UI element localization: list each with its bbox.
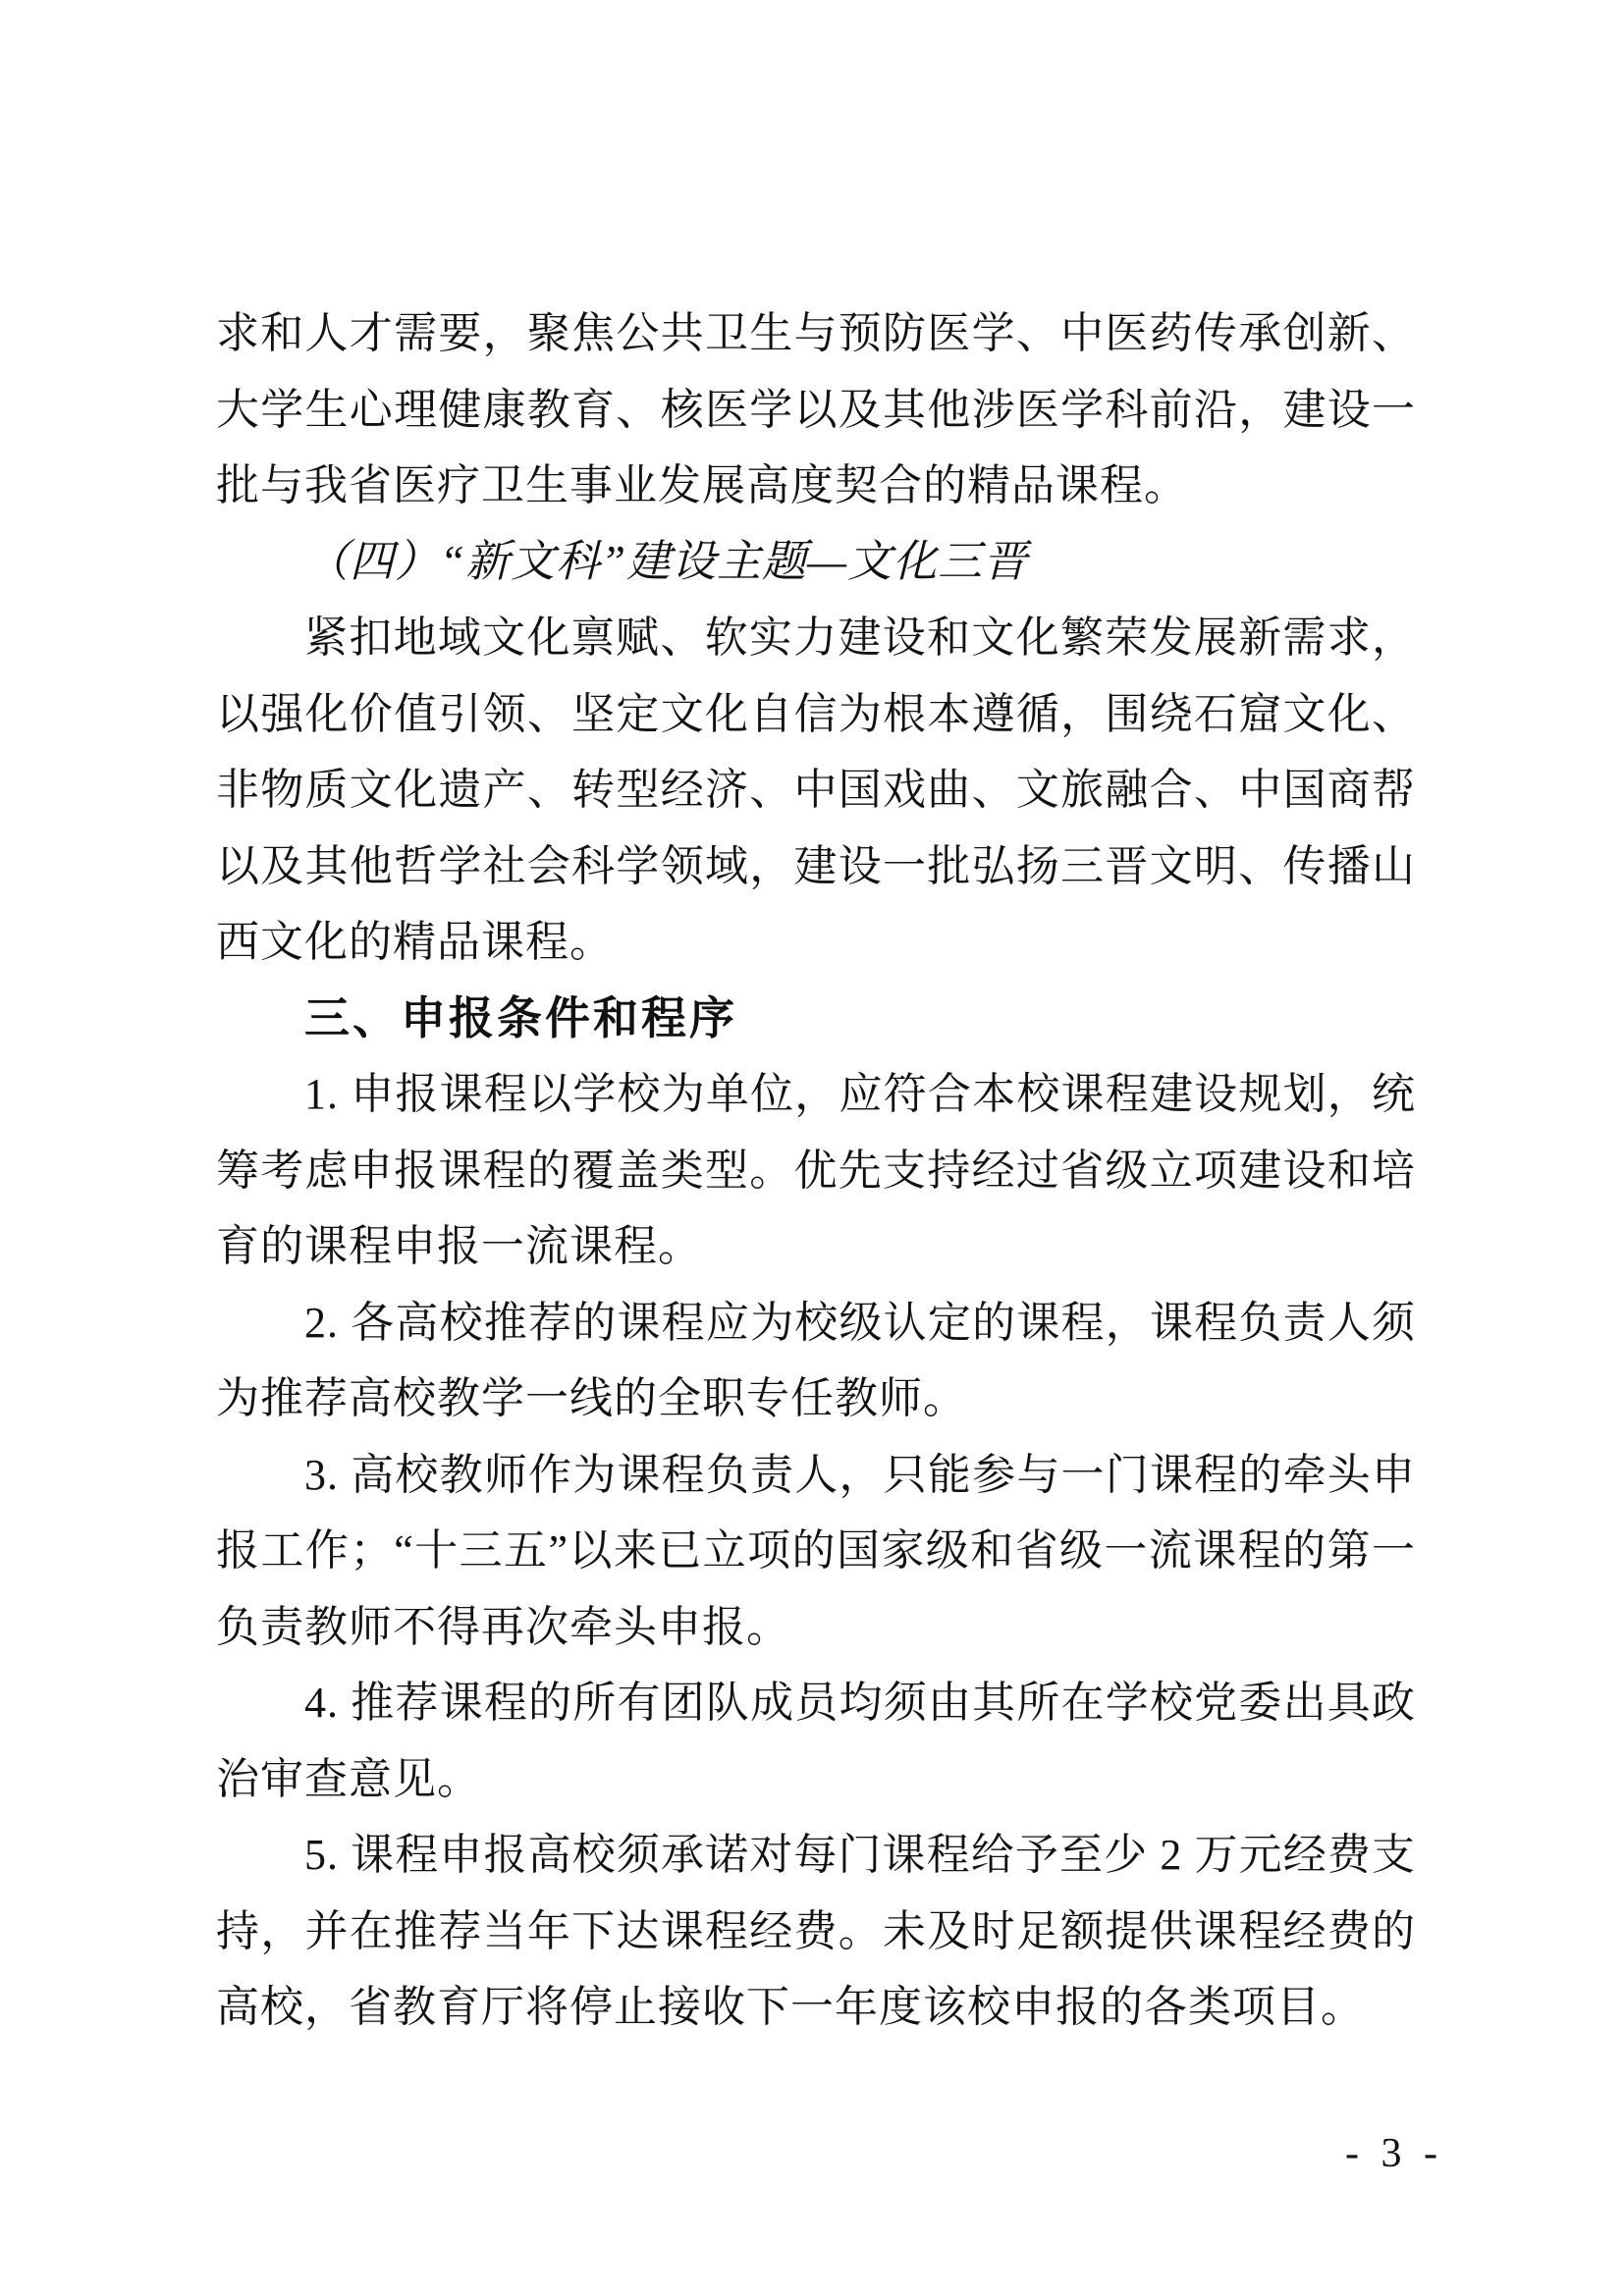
text-line: 西文化的精品课程。 — [216, 904, 1416, 981]
text-line: 求和人才需要，聚焦公共卫生与预防医学、中医药传承创新、 — [216, 295, 1416, 372]
text-line: 为推荐高校教学一线的全职专任教师。 — [216, 1361, 1416, 1437]
page-number: - 3 - — [1345, 2130, 1443, 2177]
text-line: 批与我省医疗卫生事业发展高度契合的精品课程。 — [216, 448, 1416, 524]
text-line: （四）“新文科”建设主题—文化三晋 — [216, 524, 1416, 601]
document-body: 求和人才需要，聚焦公共卫生与预防医学、中医药传承创新、大学生心理健康教育、核医学… — [216, 295, 1416, 2046]
text-line: 紧扣地域文化禀赋、软实力建设和文化繁荣发展新需求， — [216, 600, 1416, 676]
text-line: 报工作；“十三五”以来已立项的国家级和省级一流课程的第一 — [216, 1513, 1416, 1589]
text-line: 负责教师不得再次牵头申报。 — [216, 1589, 1416, 1666]
text-line: 持，并在推荐当年下达课程经费。未及时足额提供课程经费的 — [216, 1894, 1416, 1970]
text-line: 2. 各高校推荐的课程应为校级认定的课程，课程负责人须 — [216, 1285, 1416, 1362]
text-line: 以强化价值引领、坚定文化自信为根本遵循，围绕石窟文化、 — [216, 676, 1416, 753]
text-line: 以及其他哲学社会科学领域，建设一批弘扬三晋文明、传播山 — [216, 828, 1416, 905]
text-line: 4. 推荐课程的所有团队成员均须由其所在学校党委出具政 — [216, 1665, 1416, 1741]
text-line: 三、申报条件和程序 — [216, 981, 1416, 1057]
text-line: 1. 申报课程以学校为单位，应符合本校课程建设规划，统 — [216, 1056, 1416, 1133]
text-line: 育的课程申报一流课程。 — [216, 1208, 1416, 1285]
text-line: 筹考虑申报课程的覆盖类型。优先支持经过省级立项建设和培 — [216, 1133, 1416, 1209]
text-line: 非物质文化遗产、转型经济、中国戏曲、文旅融合、中国商帮 — [216, 752, 1416, 828]
text-line: 大学生心理健康教育、核医学以及其他涉医学科前沿，建设一 — [216, 372, 1416, 449]
text-line: 3. 高校教师作为课程负责人，只能参与一门课程的牵头申 — [216, 1437, 1416, 1514]
text-line: 5. 课程申报高校须承诺对每门课程给予至少 2 万元经费支 — [216, 1817, 1416, 1894]
text-line: 治审查意见。 — [216, 1741, 1416, 1818]
text-line: 高校，省教育厅将停止接收下一年度该校申报的各类项目。 — [216, 1969, 1416, 2046]
document-page: 求和人才需要，聚焦公共卫生与预防医学、中医药传承创新、大学生心理健康教育、核医学… — [0, 0, 1624, 2296]
